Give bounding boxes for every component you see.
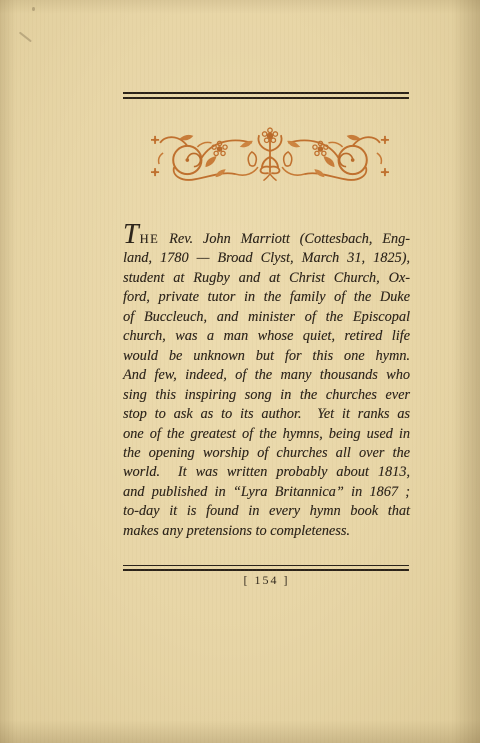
paper-scratch [19, 32, 32, 42]
ornament-center [258, 128, 281, 180]
text-line: THE Rev. John Marriott (Cottesbach, Eng- [123, 225, 410, 249]
text-line: land, 1780 — Broad Clyst, March 31, 1825… [123, 249, 410, 268]
lead-caps: HE [140, 232, 160, 246]
paragraph: THE Rev. John Marriott (Cottesbach, Eng-… [123, 225, 410, 541]
text-line: world. It was written probably about 181… [123, 463, 410, 482]
page-number: [ 154 ] [123, 573, 410, 588]
paper-speck [32, 7, 35, 11]
double-rule-bottom [123, 565, 409, 571]
text-line: And few, indeed, of the many thousands w… [123, 366, 410, 385]
text-line: to-day it is found in every hymn book th… [123, 502, 410, 521]
text-line: sing this inspiring song in the churches… [123, 386, 410, 405]
text-line: ford, private tutor in the family of the… [123, 288, 410, 307]
text-line-rest: Rev. John Marriott (Cottesbach, Eng- [159, 231, 410, 247]
text-line: and published in “Lyra Britannica” in 18… [123, 483, 410, 502]
text-line: of Buccleuch, and minister of the Episco… [123, 308, 410, 327]
text-line: stop to ask as to its author. Yet it ran… [123, 405, 410, 424]
book-page: THE Rev. John Marriott (Cottesbach, Eng-… [0, 0, 480, 743]
text-line: one of the greatest of the hymns, being … [123, 425, 410, 444]
floral-scroll-ornament-icon [149, 125, 391, 187]
double-rule-top [123, 92, 409, 99]
text-line: the opening worship of churches all over… [123, 444, 410, 463]
text-line: makes any pretensions to completeness. [123, 522, 410, 541]
text-line: church, was a man whose quiet, retired l… [123, 327, 410, 346]
drop-cap: T [123, 219, 139, 250]
text-line: would be unknown but for this one hymn. [123, 347, 410, 366]
text-line: student at Rugby and at Christ Church, O… [123, 269, 410, 288]
